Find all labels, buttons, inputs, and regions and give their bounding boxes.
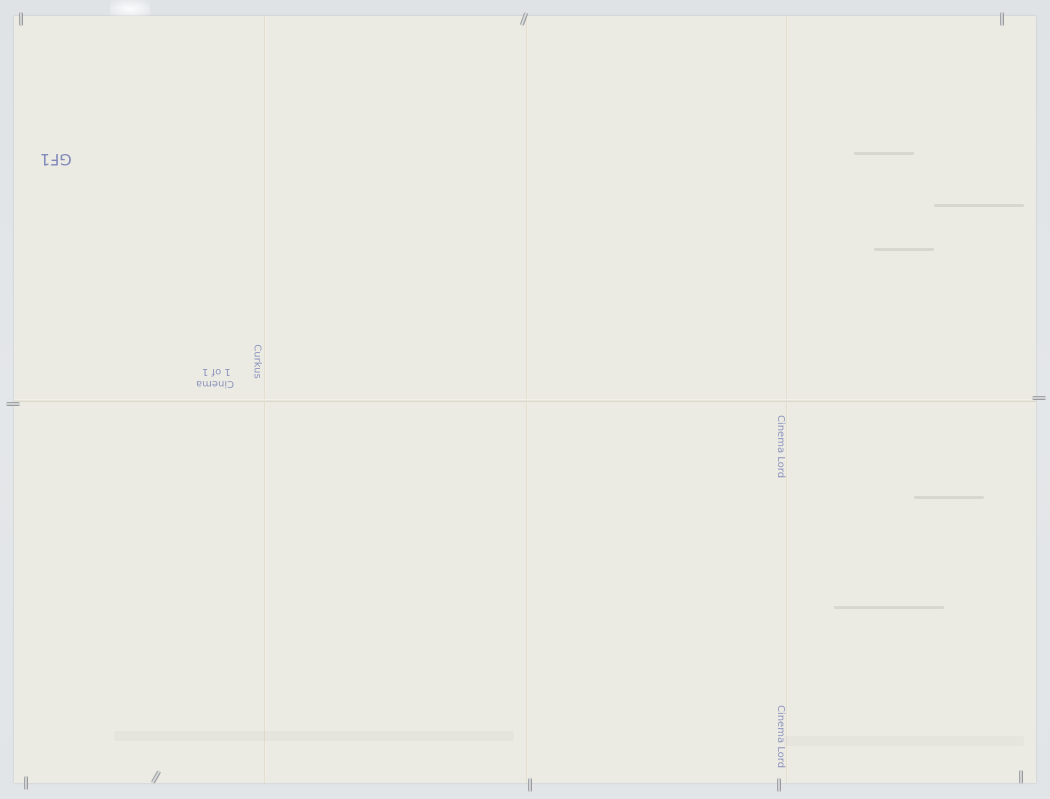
pin (1000, 12, 1004, 26)
handwritten-note: 1 of 1 (202, 366, 231, 377)
pin (19, 12, 23, 26)
show-through-mark (874, 248, 934, 251)
handwritten-note: Cinema (196, 378, 234, 389)
show-through-text-block (114, 731, 514, 741)
handwritten-code: GF1 (40, 150, 72, 169)
show-through-mark (834, 606, 944, 609)
handwritten-note: Cinema Lord (775, 415, 786, 478)
handwritten-note: Curkus (252, 344, 263, 378)
pin (1019, 770, 1023, 784)
show-through-mark (854, 152, 914, 155)
pin (6, 402, 20, 406)
pin (528, 778, 532, 792)
horizontal-fold (14, 399, 1036, 402)
pin (1032, 396, 1046, 400)
pin (24, 776, 28, 790)
show-through-text-block (784, 736, 1024, 746)
handwritten-note: Cinema Lord (775, 705, 786, 768)
show-through-mark (914, 496, 984, 499)
show-through-mark (934, 204, 1024, 207)
poster-back: GF1 Curkus 1 of 1 Cinema Cinema Lord Cin… (14, 16, 1036, 783)
pin (777, 778, 781, 792)
